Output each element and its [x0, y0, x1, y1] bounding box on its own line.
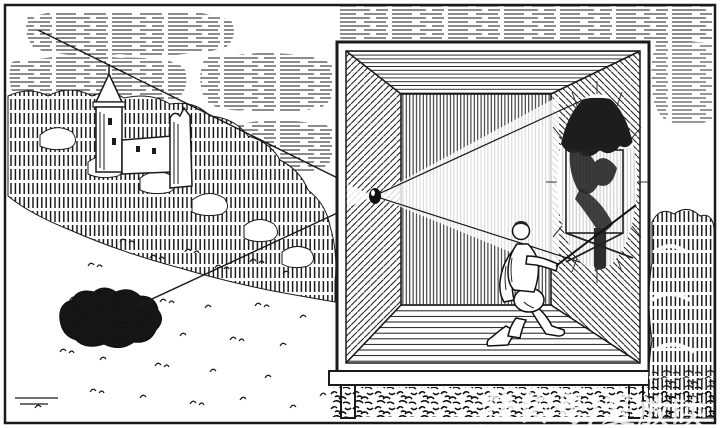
watermark-text: 快传号/爱放映	[483, 387, 708, 428]
watermark: 快传号/爱放映	[480, 387, 717, 428]
engraving-page: 快传号/爱放映	[0, 0, 720, 428]
camera-obscura-engraving: 快传号/爱放映	[0, 0, 720, 428]
camera-obscura-box	[337, 42, 649, 372]
